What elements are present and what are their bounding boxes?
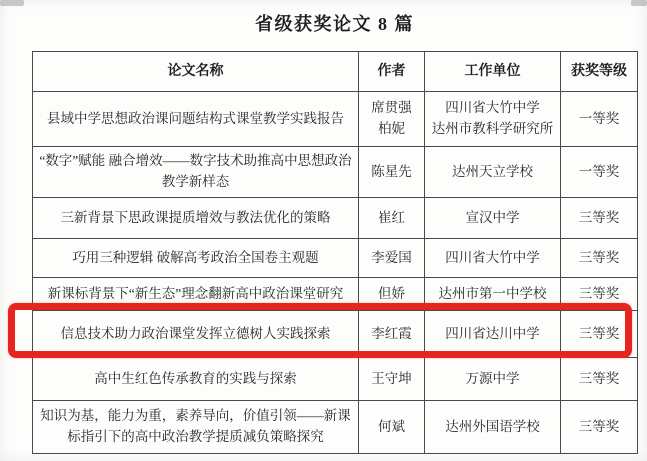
work-unit-cell: 四川省达川中学: [425, 311, 561, 358]
work-unit-cell: 达州外国语学校: [425, 401, 561, 454]
paper-title-cell: 高中生红色传承教育的实践与探索: [33, 358, 359, 401]
table-row: “数字”赋能 融合增效——数字技术助推高中思想政治教学新样态 陈星先 达州天立学…: [33, 147, 638, 198]
work-unit-cell: 达州天立学校: [425, 147, 561, 198]
author-cell: 李爱国: [359, 239, 425, 278]
award-level-cell: 一等奖: [561, 92, 638, 147]
table-header-row: 论文名称 作者 工作单位 获奖等级: [33, 52, 638, 92]
scan-artifact-top-left: [0, 0, 24, 6]
award-level-cell: 三等奖: [561, 401, 638, 454]
author-cell: 陈星先: [359, 147, 425, 198]
header-author: 作者: [359, 52, 425, 92]
work-unit-cell: 四川省大竹中学: [425, 239, 561, 278]
page-title: 省级获奖论文 8 篇: [32, 10, 637, 36]
header-award-level: 获奖等级: [561, 52, 638, 92]
award-level-cell: 一等奖: [561, 147, 638, 198]
paper-title-cell: 巧用三种逻辑 破解高考政治全国卷主观题: [33, 239, 359, 278]
paper-title-cell: 三新背景下思政课提质增效与教法优化的策略: [33, 198, 359, 239]
award-level-cell: 三等奖: [561, 198, 638, 239]
table-row: 巧用三种逻辑 破解高考政治全国卷主观题 李爱国 四川省大竹中学 三等奖: [33, 239, 638, 278]
scan-artifact-top-right: [631, 0, 647, 6]
author-cell: 何斌: [359, 401, 425, 454]
table-row: 县域中学思想政治课问题结构式课堂教学实践报告 席贯强 柏妮 四川省大竹中学 达州…: [33, 92, 638, 147]
work-unit-cell: 宣汉中学: [425, 198, 561, 239]
table-row-highlighted: 信息技术助力政治课堂发挥立德树人实践探索 李红霞 四川省达川中学 三等奖: [33, 311, 638, 358]
table-row: 三新背景下思政课提质增效与教法优化的策略 崔红 宣汉中学 三等奖: [33, 198, 638, 239]
work-unit-cell: 达州市第一中学校: [425, 278, 561, 311]
award-level-cell: 三等奖: [561, 239, 638, 278]
header-work-unit: 工作单位: [425, 52, 561, 92]
paper-title-cell: 县域中学思想政治课问题结构式课堂教学实践报告: [33, 92, 359, 147]
author-cell: 李红霞: [359, 311, 425, 358]
awards-table: 论文名称 作者 工作单位 获奖等级 县域中学思想政治课问题结构式课堂教学实践报告…: [32, 51, 638, 454]
award-level-cell: 三等奖: [561, 311, 638, 358]
paper-title-cell: “数字”赋能 融合增效——数字技术助推高中思想政治教学新样态: [33, 147, 359, 198]
award-level-cell: 三等奖: [561, 358, 638, 401]
paper-title-cell: 知识为基，能力为重，素养导向，价值引领——新课标指引下的高中政治教学提质减负策略…: [33, 401, 359, 454]
author-cell: 崔红: [359, 198, 425, 239]
table-row: 高中生红色传承教育的实践与探索 王守坤 万源中学 三等奖: [33, 358, 638, 401]
work-unit-cell: 四川省大竹中学 达州市教科学研究所: [425, 92, 561, 147]
paper-title-cell: 新课标背景下“新生态”理念翻新高中政治课堂研究: [33, 278, 359, 311]
work-unit-cell: 万源中学: [425, 358, 561, 401]
table-row: 新课标背景下“新生态”理念翻新高中政治课堂研究 但娇 达州市第一中学校 三等奖: [33, 278, 638, 311]
author-cell: 王守坤: [359, 358, 425, 401]
table-row: 知识为基，能力为重，素养导向，价值引领——新课标指引下的高中政治教学提质减负策略…: [33, 401, 638, 454]
award-level-cell: 三等奖: [561, 278, 638, 311]
header-paper-title: 论文名称: [33, 52, 359, 92]
scanned-document-page: 省级获奖论文 8 篇 论文名称 作者 工作单位 获奖等级 县域中学思想政治课问题…: [0, 0, 647, 461]
author-cell: 但娇: [359, 278, 425, 311]
author-cell: 席贯强 柏妮: [359, 92, 425, 147]
paper-title-cell: 信息技术助力政治课堂发挥立德树人实践探索: [33, 311, 359, 358]
